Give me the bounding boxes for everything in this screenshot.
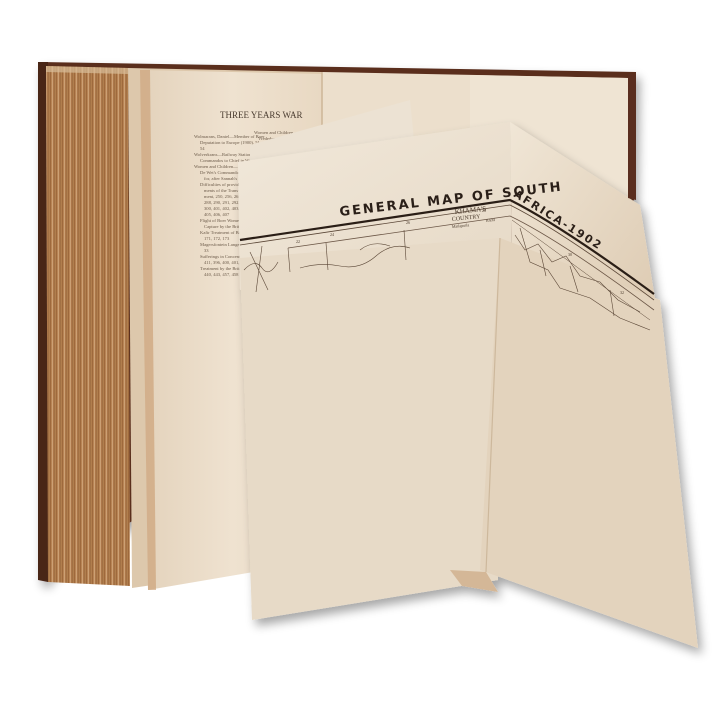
svg-text:Kafir Treatment of Boer: Kafir Treatment of Boer (200, 230, 245, 235)
grid-label-26: 26 (406, 220, 410, 225)
book-illustration: THREE YEARS WAR Wolmarans, Daniel—Member… (0, 0, 720, 720)
grid-label-32: 32 (620, 290, 624, 295)
svg-text:54: 54 (200, 146, 205, 151)
svg-text:Sufferings in Concentrat: Sufferings in Concentrat (200, 254, 246, 259)
grid-label-24: 24 (330, 232, 334, 237)
photo-scene: THREE YEARS WAR Wolmarans, Daniel—Member… (0, 0, 720, 720)
grid-label-28: 28 (482, 208, 486, 213)
page-heading: THREE YEARS WAR (220, 110, 303, 120)
svg-text:Magersfontein Langer: Magersfontein Langer (200, 242, 241, 247)
svg-text:Women and Children—: Women and Children— (194, 164, 238, 169)
cover-edge-right (628, 74, 636, 200)
map-label-bam: BAM (486, 217, 496, 223)
svg-text:Treatment by the British: Treatment by the British (200, 266, 246, 271)
svg-text:33: 33 (204, 248, 209, 253)
page-edges (46, 66, 130, 586)
svg-text:Flight of Boer Women: Flight of Boer Women (200, 218, 242, 223)
grid-label-30: 30 (568, 252, 572, 257)
grid-label-22: 22 (296, 239, 300, 244)
